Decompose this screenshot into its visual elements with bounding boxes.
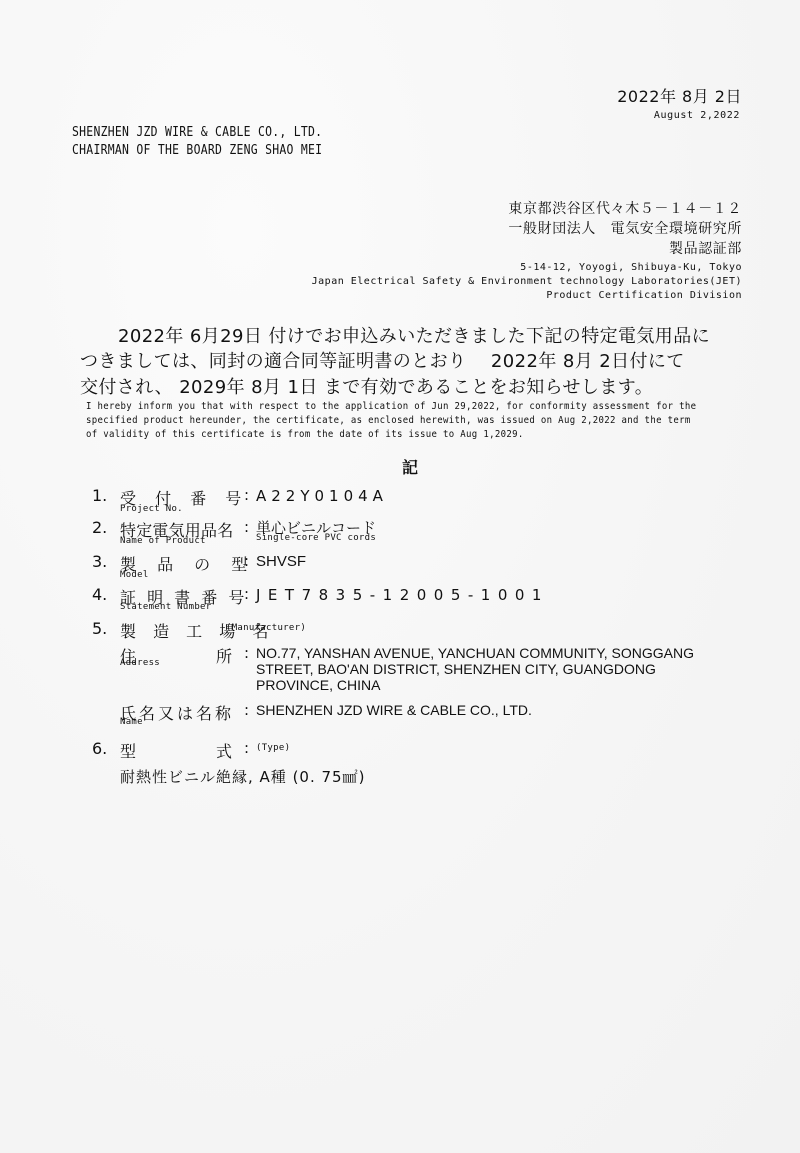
item-1-value: A22Y0104A: [256, 487, 388, 505]
item-2-label-en: Name of Product: [120, 536, 206, 546]
item-6-value: 耐熱性ビニル絶縁, A種 (0. 75㎟): [120, 766, 365, 787]
issuer-address-en: 5-14-12, Yoyogi, Shibuya-Ku, Tokyo: [520, 262, 742, 273]
body-jp-line-1: 2022年 6月29日 付けでお申込みいただきました下記の特定電気用品に: [118, 322, 710, 348]
item-3-colon: :: [244, 552, 249, 570]
item-4-value: JET7835-12005-1001: [256, 586, 549, 604]
item-3-value: SHVSF: [256, 553, 306, 570]
issuer-address-jp: 東京都渋谷区代々木５－１４－１２: [508, 198, 742, 218]
addressee-company: SHENZHEN JZD WIRE & CABLE CO., LTD.: [72, 125, 322, 140]
item-5-label-en: (Manufacturer): [226, 623, 306, 633]
issue-date-jp: 2022年 8月 2日: [617, 84, 742, 107]
item-2-colon: :: [244, 518, 249, 536]
item-2-value-en: Single-core PVC cords: [256, 533, 376, 543]
addressee-person: CHAIRMAN OF THE BOARD ZENG SHAO MEI: [72, 143, 322, 158]
item-4-colon: :: [244, 585, 249, 603]
address-line-3: PROVINCE, CHINA: [256, 677, 380, 693]
name-label-en: Name: [120, 717, 143, 727]
item-1-number: 1.: [92, 486, 107, 505]
name-colon: :: [244, 701, 249, 719]
ki-heading: 記: [402, 455, 418, 478]
address-colon: :: [244, 644, 249, 662]
address-line-2: STREET, BAO'AN DISTRICT, SHENZHEN CITY, …: [256, 661, 656, 677]
item-3-label-en: Model: [120, 570, 149, 580]
item-6-label-en: (Type): [256, 743, 290, 753]
issuer-division-en: Product Certification Division: [546, 290, 742, 301]
item-3-number: 3.: [92, 552, 107, 571]
item-6-colon: :: [244, 739, 249, 757]
issuer-org-en: Japan Electrical Safety & Environment te…: [312, 276, 742, 287]
item-5-number: 5.: [92, 619, 107, 638]
address-line-1: NO.77, YANSHAN AVENUE, YANCHUAN COMMUNIT…: [256, 645, 694, 661]
item-1-colon: :: [244, 486, 249, 504]
item-6-number: 6.: [92, 739, 107, 758]
item-1-label-en: Project No.: [120, 504, 183, 514]
manufacturer-name-value: SHENZHEN JZD WIRE & CABLE CO., LTD.: [256, 702, 532, 718]
item-2-number: 2.: [92, 518, 107, 537]
address-label-en: Address: [120, 658, 160, 668]
issue-date-en: August 2,2022: [654, 110, 740, 121]
body-en-line-2: specified product hereunder, the certifi…: [86, 415, 691, 426]
body-jp-line-3: 交付され、 2029年 8月 1日 まで有効であることをお知らせします。: [80, 373, 653, 399]
item-6-label-2: 式: [216, 739, 232, 762]
item-6-label-1: 型: [120, 739, 136, 762]
body-en-line-1: I hereby inform you that with respect to…: [86, 401, 696, 412]
address-label-jp-2: 所: [216, 644, 232, 667]
item-4-label-en: Statement Number: [120, 602, 212, 612]
item-4-number: 4.: [92, 585, 107, 604]
body-en-line-3: of validity of this certificate is from …: [86, 429, 524, 440]
issuer-org-jp: 一般財団法人 電気安全環境研究所: [508, 218, 742, 238]
body-jp-line-2: つきましては、同封の適合同等証明書のとおり 2022年 8月 2日付にて: [80, 347, 685, 373]
issuer-division-jp: 製品認証部: [669, 238, 742, 258]
